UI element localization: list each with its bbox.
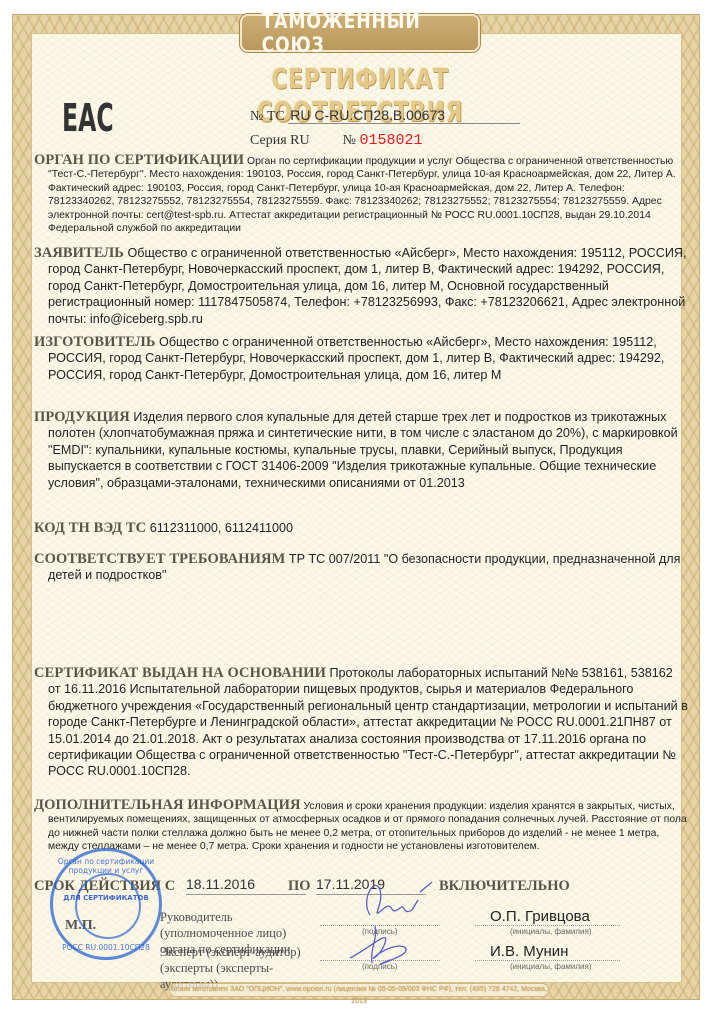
customs-union-plaque: ТАМОЖЕННЫЙ СОЮЗ bbox=[240, 14, 480, 52]
series-label: Серия bbox=[250, 133, 287, 148]
section-product: ПРОДУКЦИЯ Изделия первого слоя купальные… bbox=[34, 409, 688, 491]
expert-signature-icon bbox=[330, 918, 440, 978]
section-label: КОД ТН ВЭД ТС bbox=[34, 520, 146, 536]
stamp-ring-top: Орган по сертификации продукции и услуг bbox=[53, 857, 159, 875]
series-value: RU bbox=[290, 133, 309, 148]
name-line bbox=[475, 925, 620, 926]
certificate-number: № ТС RU C-RU.СП28.В.00673 bbox=[250, 107, 520, 125]
section-manufacturer: ИЗГОТОВИТЕЛЬ Общество с ограниченной отв… bbox=[34, 334, 688, 383]
section-text: Общество с ограниченной ответственностью… bbox=[48, 246, 687, 326]
section-issued-on-basis: СЕРТИФИКАТ ВЫДАН НА ОСНОВАНИИ Протоколы … bbox=[34, 665, 688, 780]
head-name: О.П. Гривцова bbox=[490, 908, 590, 925]
section-label: ОРГАН ПО СЕРТИФИКАЦИИ bbox=[34, 152, 244, 168]
section-text: Орган по сертификации продукции и услуг … bbox=[48, 156, 676, 234]
section-label: СООТВЕТСТВУЕТ ТРЕБОВАНИЯМ bbox=[34, 551, 285, 567]
validity-to-label: ПО bbox=[288, 878, 311, 895]
name-line bbox=[475, 960, 620, 961]
certificate-number-label: № ТС bbox=[250, 109, 285, 124]
section-label: ЗАЯВИТЕЛЬ bbox=[34, 245, 124, 261]
certification-stamp-icon: Орган по сертификации продукции и услуг … bbox=[50, 848, 162, 960]
section-hs-code: КОД ТН ВЭД ТС 6112311000, 6112411000 bbox=[34, 520, 674, 536]
section-label: ИЗГОТОВИТЕЛЬ bbox=[34, 334, 156, 350]
section-label: ДОПОЛНИТЕЛЬНАЯ ИНФОРМАЦИЯ bbox=[34, 797, 301, 813]
section-additional-info: ДОПОЛНИТЕЛЬНАЯ ИНФОРМАЦИЯ Условия и срок… bbox=[34, 799, 688, 854]
blank-number-label: № bbox=[343, 133, 356, 148]
series-line: Серия RU № 0158021 bbox=[250, 132, 422, 149]
eac-mark-icon: EAC bbox=[62, 96, 114, 140]
section-label: ПРОДУКЦИЯ bbox=[34, 409, 130, 425]
blank-number: 0158021 bbox=[359, 132, 422, 149]
section-label: СЕРТИФИКАТ ВЫДАН НА ОСНОВАНИИ bbox=[34, 665, 326, 681]
printer-footer-note: Бланк изготовлен ЗАО "ОПЦИОН", www.opcio… bbox=[170, 984, 548, 996]
section-text: Изделия первого слоя купальные для детей… bbox=[48, 410, 678, 490]
section-text: 6112311000, 6112411000 bbox=[150, 521, 293, 535]
section-certification-body: ОРГАН ПО СЕРТИФИКАЦИИ Орган по сертифика… bbox=[34, 154, 688, 235]
certificate-number-value: RU C-RU.СП28.В.00673 bbox=[288, 107, 520, 124]
stamp-center-text: ДЛЯ СЕРТИФИКАТОВ bbox=[53, 894, 159, 903]
expert-name: И.В. Мунин bbox=[490, 943, 568, 960]
validity-inclusive-label: ВКЛЮЧИТЕЛЬНО bbox=[439, 878, 570, 895]
name-caption: (инициалы, фамилия) bbox=[510, 962, 592, 971]
name-caption: (инициалы, фамилия) bbox=[510, 927, 592, 936]
section-applicant: ЗАЯВИТЕЛЬ Общество с ограниченной ответс… bbox=[34, 245, 688, 327]
customs-union-title: ТАМОЖЕННЫЙ СОЮЗ bbox=[262, 9, 459, 57]
stamp-ring-bottom: РОСС RU.0001.10СП28 bbox=[53, 943, 159, 952]
section-complies-with: СООТВЕТСТВУЕТ ТРЕБОВАНИЯМ ТР ТС 007/2011… bbox=[34, 551, 688, 584]
section-text: Протоколы лабораторных испытаний №№ 5381… bbox=[48, 666, 688, 778]
